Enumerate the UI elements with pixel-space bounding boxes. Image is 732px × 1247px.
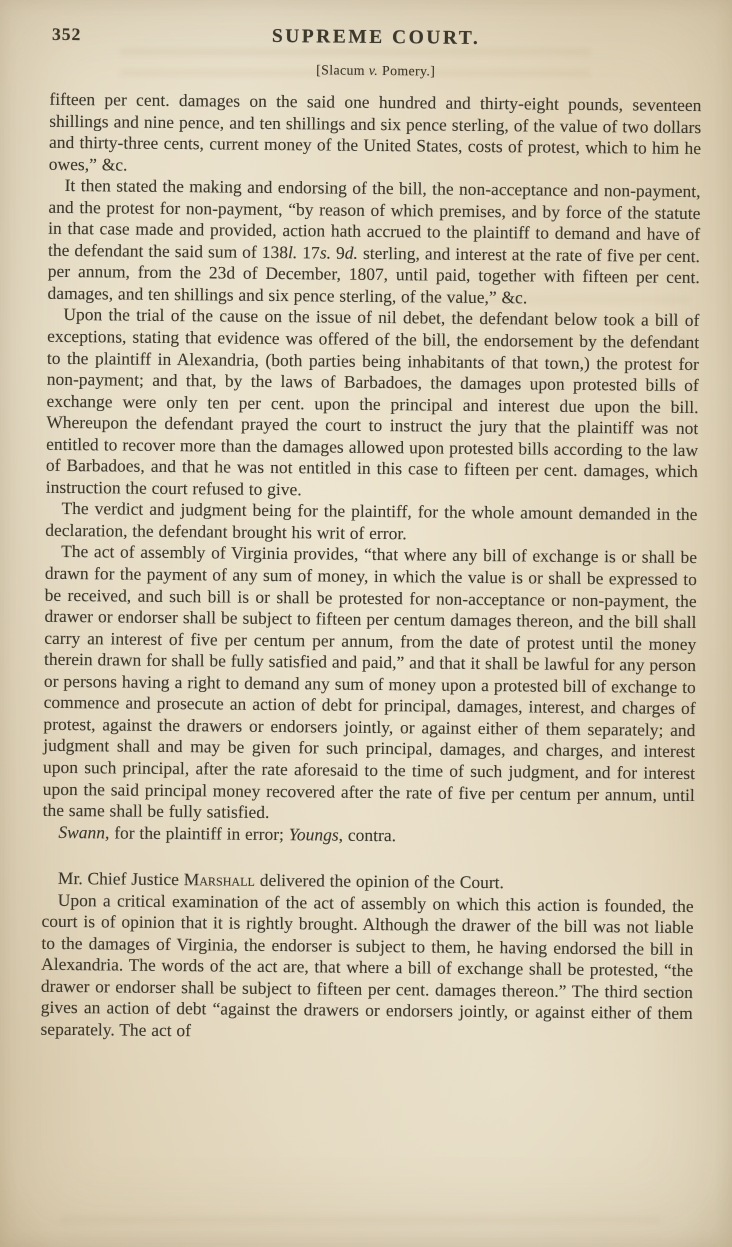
- page-head: 352 SUPREME COURT.: [50, 24, 702, 56]
- scanned-book-page: { "page_header": { "page_number": "352",…: [0, 0, 732, 1247]
- text-segment: Swann: [58, 822, 105, 842]
- running-title: SUPREME COURT.: [50, 24, 702, 52]
- page-content: 352 SUPREME COURT. [Slacum v. Pomery.] f…: [40, 24, 702, 1047]
- text-segment: Marshall: [184, 869, 255, 890]
- paragraph: The verdict and judgment being for the p…: [45, 498, 697, 547]
- page-number: 352: [52, 24, 81, 45]
- text-segment: Pomery.]: [378, 63, 435, 79]
- text-segment: [Slacum: [316, 62, 369, 78]
- text-segment: fifteen per cent. damages on the said on…: [49, 89, 702, 174]
- text-segment: delivered the opinion of the Court.: [255, 870, 504, 892]
- text-segment: 17: [297, 242, 320, 262]
- paragraph: The act of assembly of Virginia provides…: [43, 541, 698, 827]
- reverse-page-bleedthrough: [60, 1216, 660, 1238]
- text-segment: The verdict and judgment being for the p…: [45, 498, 697, 543]
- text-segment: The act of assembly of Virginia provides…: [43, 541, 698, 822]
- text-segment: Upon the trial of the cause on the issue…: [46, 304, 700, 499]
- text-segment: Youngs: [289, 824, 339, 844]
- paragraph: It then stated the making and endorsing …: [48, 175, 701, 311]
- case-caption: [Slacum v. Pomery.]: [50, 60, 702, 82]
- paragraph: Upon a critical examination of the act o…: [40, 889, 693, 1046]
- text-segment: Mr. Chief Justice: [58, 868, 184, 889]
- text-segment: , for the plaintiff in error;: [105, 822, 289, 844]
- text-segment: d.: [345, 242, 358, 262]
- paragraph: Upon the trial of the cause on the issue…: [46, 304, 700, 504]
- text-segment: s.: [320, 242, 331, 262]
- text-segment: 9: [331, 242, 345, 262]
- paragraph: fifteen per cent. damages on the said on…: [49, 89, 702, 181]
- page-body: fifteen per cent. damages on the said on…: [40, 89, 701, 1047]
- text-segment: Upon a critical examination of the act o…: [40, 890, 693, 1041]
- text-segment: , contra.: [339, 824, 397, 845]
